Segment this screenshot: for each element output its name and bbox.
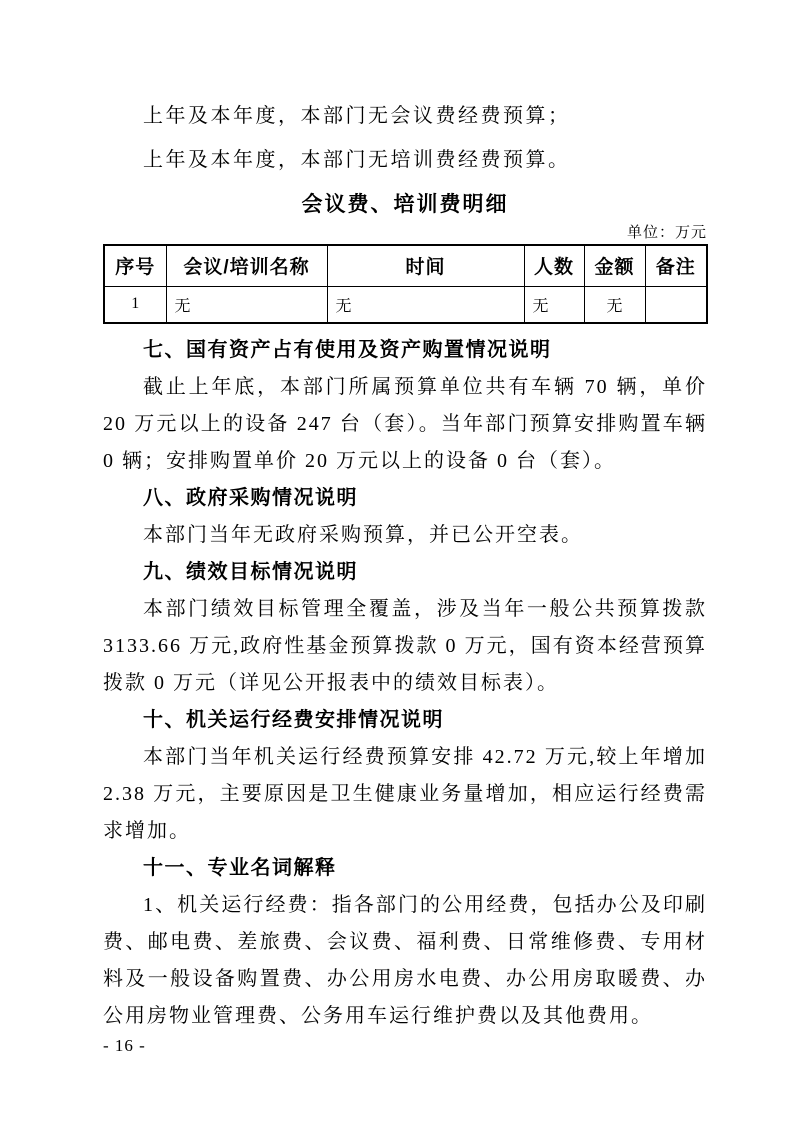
section-paragraph-performance-targets: 本部门绩效目标管理全覆盖，涉及当年一般公共预算拨款 3133.66 万元,政府性… xyxy=(103,591,707,702)
page-number: - 16 - xyxy=(103,1035,707,1057)
table-row: 1 无 无 无 无 xyxy=(104,286,707,323)
intro-line-1: 上年及本年度，本部门无会议费经费预算； xyxy=(103,94,707,138)
meeting-training-detail-table: 序号 会议/培训名称 时间 人数 金额 备注 1 无 无 无 无 xyxy=(103,244,708,324)
section-state-assets: 七、国有资产占有使用及资产购置情况说明 截止上年底，本部门所属预算单位共有车辆 … xyxy=(103,332,707,480)
section-paragraph-terminology: 1、机关运行经费：指各部门的公用经费，包括办公及印刷费、邮电费、差旅费、会议费、… xyxy=(103,887,707,1035)
unit-label: 单位：万元 xyxy=(103,222,707,244)
cell-remarks xyxy=(645,286,707,323)
header-remarks: 备注 xyxy=(645,245,707,286)
section-performance-targets: 九、绩效目标情况说明 本部门绩效目标管理全覆盖，涉及当年一般公共预算拨款 313… xyxy=(103,554,707,702)
cell-people-count: 无 xyxy=(524,286,584,323)
header-amount: 金额 xyxy=(584,245,645,286)
header-serial-number: 序号 xyxy=(104,245,166,286)
section-terminology: 十一、专业名词解释 1、机关运行经费：指各部门的公用经费，包括办公及印刷费、邮电… xyxy=(103,850,707,1035)
section-heading-operating-funds: 十、机关运行经费安排情况说明 xyxy=(103,702,707,739)
section-operating-funds: 十、机关运行经费安排情况说明 本部门当年机关运行经费预算安排 42.72 万元,… xyxy=(103,702,707,850)
section-heading-state-assets: 七、国有资产占有使用及资产购置情况说明 xyxy=(103,332,707,369)
cell-meeting-training-name: 无 xyxy=(166,286,327,323)
header-time: 时间 xyxy=(327,245,524,286)
section-paragraph-government-procurement: 本部门当年无政府采购预算，并已公开空表。 xyxy=(103,517,707,554)
header-meeting-training-name: 会议/培训名称 xyxy=(166,245,327,286)
section-heading-terminology: 十一、专业名词解释 xyxy=(103,850,707,887)
section-government-procurement: 八、政府采购情况说明 本部门当年无政府采购预算，并已公开空表。 xyxy=(103,480,707,554)
intro-line-2: 上年及本年度，本部门无培训费经费预算。 xyxy=(103,138,707,182)
section-paragraph-operating-funds: 本部门当年机关运行经费预算安排 42.72 万元,较上年增加 2.38 万元，主… xyxy=(103,739,707,850)
cell-serial-number: 1 xyxy=(104,286,166,323)
header-people-count: 人数 xyxy=(524,245,584,286)
document-sections: 七、国有资产占有使用及资产购置情况说明 截止上年底，本部门所属预算单位共有车辆 … xyxy=(103,332,707,1035)
section-heading-performance-targets: 九、绩效目标情况说明 xyxy=(103,554,707,591)
cell-time: 无 xyxy=(327,286,524,323)
table-title: 会议费、培训费明细 xyxy=(103,188,707,222)
cell-amount: 无 xyxy=(584,286,645,323)
document-page: 上年及本年度，本部门无会议费经费预算； 上年及本年度，本部门无培训费经费预算。 … xyxy=(0,0,793,1122)
section-heading-government-procurement: 八、政府采购情况说明 xyxy=(103,480,707,517)
section-paragraph-state-assets: 截止上年底，本部门所属预算单位共有车辆 70 辆，单价 20 万元以上的设备 2… xyxy=(103,369,707,480)
table-header-row: 序号 会议/培训名称 时间 人数 金额 备注 xyxy=(104,245,707,286)
